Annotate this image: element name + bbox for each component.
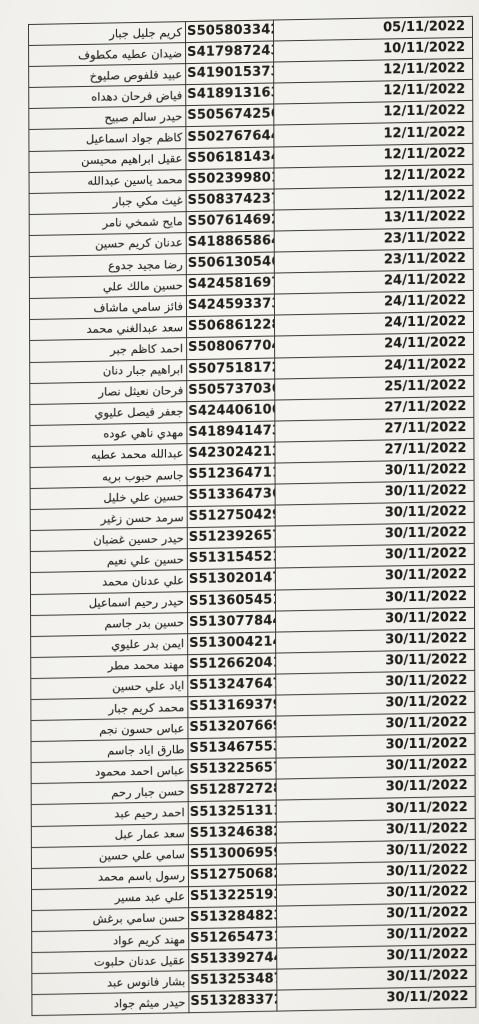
name-cell: سعد عمار عبل (31, 823, 188, 847)
name-cell: سامي علي حسين (31, 844, 188, 868)
name-cell: رضا مجيد جدوع (29, 254, 186, 278)
passport-number-cell: S424593373 (186, 294, 274, 317)
passport-number-cell: S418913163 (186, 83, 274, 106)
name-cell: مهند كريم عواد (32, 929, 189, 953)
name-cell: حسين بدر جاسم (31, 612, 188, 636)
name-cell: سرمد حسن زغير (30, 507, 187, 531)
name-cell: ايمن بدر عليوي (31, 633, 188, 657)
name-cell: حيدر رحيم اسماعيل (30, 591, 187, 615)
name-cell: احمد كاظم جبر (30, 338, 187, 362)
passport-number-cell: S417987243 (186, 41, 274, 64)
name-cell: حسن جبار رحم (31, 781, 188, 805)
name-cell: سعد عبدالغني محمد (30, 317, 187, 341)
passport-number-cell: S505803342 (185, 20, 273, 43)
passport-number-cell: S507614692 (186, 210, 274, 233)
passport-number-cell: S508067704 (187, 336, 275, 359)
name-cell: حيدر سالم صبيح (29, 106, 186, 130)
passport-number-cell: S419015373 (186, 62, 274, 85)
name-cell: بشار فانوس عبد (32, 971, 189, 995)
name-cell: حسين علي نعيم (30, 549, 187, 573)
passport-number-cell: S513207669 (188, 716, 276, 739)
passport-number-cell: S502399801 (186, 168, 274, 191)
name-cell: علي عبد مسير (32, 887, 189, 911)
passport-number-cell: S418865864 (186, 231, 274, 254)
passport-number-cell: S508374237 (186, 189, 274, 212)
name-cell: اياد علي حسين (31, 676, 188, 700)
passport-number-cell: S513004214 (188, 632, 276, 655)
passport-number-cell: S513467553 (188, 737, 276, 760)
name-cell: مهند محمد مطر (31, 654, 188, 678)
passport-number-cell: S506181434 (186, 147, 274, 170)
passport-number-cell: S512750429 (187, 505, 275, 528)
name-cell: عقيل عدنان حلبوت (32, 950, 189, 974)
passport-number-cell: S513247647 (188, 674, 276, 697)
name-cell: عقيل ابراهيم محيسن (29, 148, 186, 172)
name-cell: جاسم حبوب بريه (30, 465, 187, 489)
passport-number-cell: S506130546 (186, 252, 274, 275)
name-cell: محمد ياسين عبدالله (29, 169, 186, 193)
records-table: كريم جليل جبار S505803342 05/11/2022 ضيد… (28, 16, 476, 1017)
passport-number-cell: S513169379 (188, 695, 276, 718)
name-cell: ابراهيم جبار دنان (30, 359, 187, 383)
name-cell: مايح شمخي نامر (29, 211, 186, 235)
passport-number-cell: S424406106 (187, 400, 275, 423)
passport-number-cell: S513251311 (188, 801, 276, 824)
scanned-table-region: كريم جليل جبار S505803342 05/11/2022 ضيد… (28, 16, 475, 1017)
name-cell: فياض فرحان دهداه (29, 85, 186, 109)
records-table-body: كريم جليل جبار S505803342 05/11/2022 ضيد… (29, 16, 476, 1016)
name-cell: احمد رحيم عبد (31, 802, 188, 826)
name-cell: جعفر فيصل عليوي (30, 401, 187, 425)
passport-number-cell: S505674256 (186, 104, 274, 127)
passport-number-cell: S513605451 (187, 590, 275, 613)
name-cell: فرحان نعيثل نصار (30, 380, 187, 404)
passport-number-cell: S512364711 (187, 463, 275, 486)
passport-number-cell: S418941473 (187, 421, 275, 444)
passport-number-cell: S424581697 (186, 273, 274, 296)
name-cell: طارق اياد جاسم (31, 739, 188, 763)
name-cell: حيدر حسين غضبان (30, 528, 187, 552)
name-cell: عدنان كريم حسين (29, 233, 186, 257)
name-cell: مهدي ناهي عوده (30, 422, 187, 446)
name-cell: رسول باسم محمد (31, 865, 188, 889)
name-cell: حسين علي خليل (30, 486, 187, 510)
passport-number-cell: S513392744 (189, 948, 277, 971)
passport-number-cell: S513253487 (189, 969, 277, 992)
name-cell: حسن سامي برغش (32, 908, 189, 932)
name-cell: كريم جليل جبار (29, 22, 186, 46)
passport-number-cell: S512750682 (188, 864, 276, 887)
name-cell: كاظم جواد اسماعيل (29, 127, 186, 151)
name-cell: عباس حسون نجم (31, 718, 188, 742)
name-cell: عبدالله محمد عطيه (30, 444, 187, 468)
name-cell: ضيدان عطيه مكطوف (29, 43, 186, 67)
name-cell: علي عدنان محمد (30, 570, 187, 594)
scanned-page: { "document": { "kind": "scanned-table-p… (0, 0, 479, 1024)
name-cell: حسين مالك علي (29, 275, 186, 299)
passport-number-cell: S513006959 (188, 843, 276, 866)
date-cell: 30/11/2022 (277, 987, 476, 1012)
passport-number-cell: S513246382 (188, 822, 276, 845)
passport-number-cell: S507518172 (187, 358, 275, 381)
name-cell: عباس احمد محمود (31, 760, 188, 784)
passport-number-cell: S513225657 (188, 758, 276, 781)
passport-number-cell: S512872728 (188, 779, 276, 802)
name-cell: غيث مكي جبار (29, 190, 186, 214)
passport-number-cell: S423024213 (187, 442, 275, 465)
name-cell: فائز سامي ماشاف (29, 296, 186, 320)
passport-number-cell: S512392657 (187, 526, 275, 549)
passport-number-cell: S506861228 (187, 315, 275, 338)
passport-number-cell: S513077844 (188, 611, 276, 634)
passport-number-cell: S505737036 (187, 379, 275, 402)
passport-number-cell: S512662041 (188, 653, 276, 676)
passport-number-cell: S513364736 (187, 484, 275, 507)
name-cell: عبيد فلفوص صليوخ (29, 64, 186, 88)
passport-number-cell: S513020147 (187, 568, 275, 591)
passport-number-cell: S512654731 (189, 927, 277, 950)
passport-number-cell: S513154521 (187, 547, 275, 570)
passport-number-cell: S502767644 (186, 125, 274, 148)
name-cell: حيدر ميثم جواد (32, 992, 189, 1016)
passport-number-cell: S513283372 (189, 990, 277, 1013)
name-cell: محمد كريم جبار (31, 697, 188, 721)
passport-number-cell: S513225193 (188, 885, 276, 908)
passport-number-cell: S513284823 (189, 906, 277, 929)
